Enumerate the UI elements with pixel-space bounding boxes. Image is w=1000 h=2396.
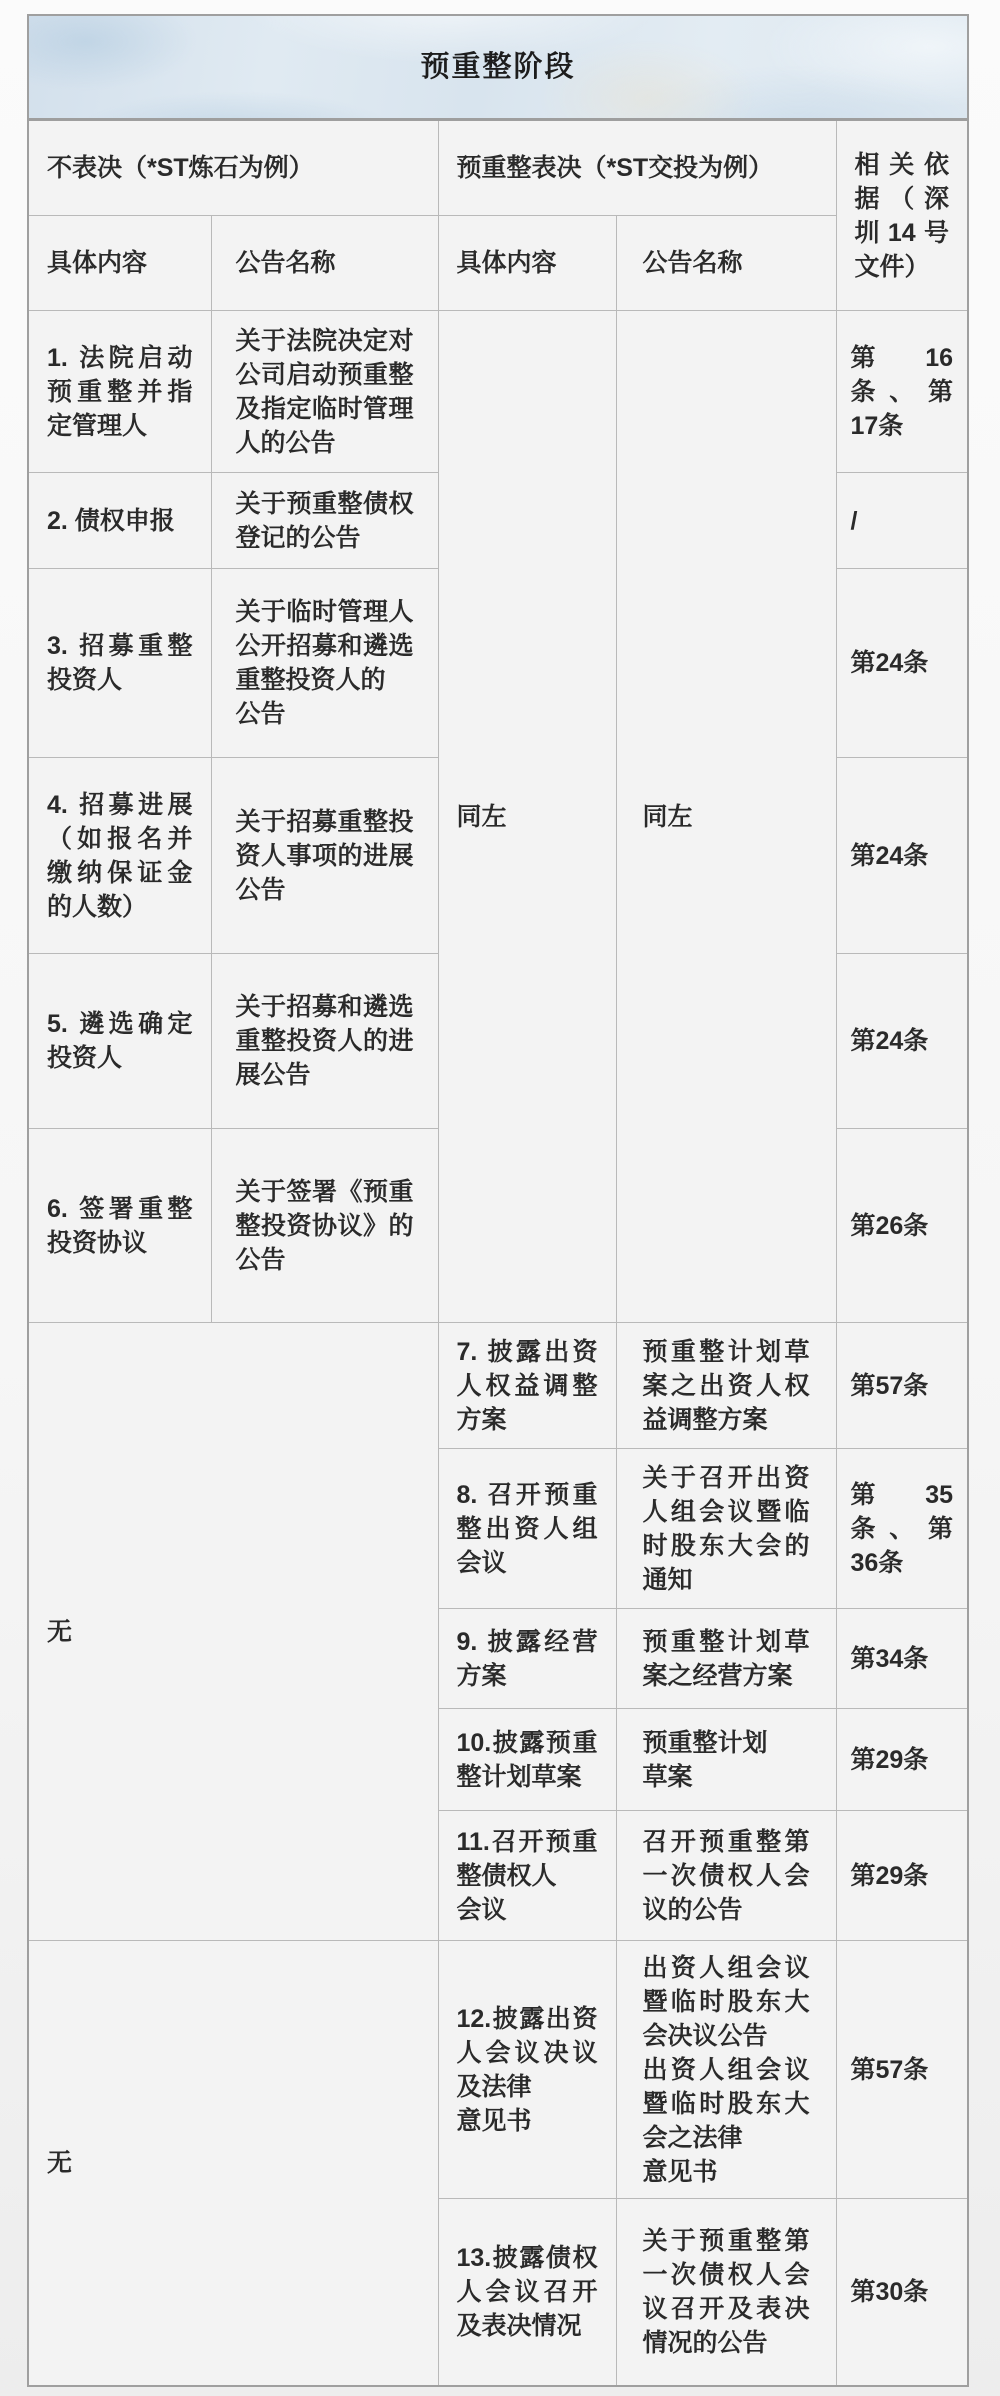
cell-same-as-left-announcement: 同左 <box>616 311 836 1323</box>
sub-header-row: 具体内容 公告名称 具体内容 公告名称 <box>28 216 968 311</box>
cell-basis-8: 第35条、第36条 <box>836 1449 968 1609</box>
title-band: 预重整阶段 <box>28 15 968 120</box>
cell-content-6: 6. 签署重整投资协议 <box>28 1129 211 1323</box>
cell-basis-4: 第24条 <box>836 758 968 954</box>
cell-announcement-6: 关于签署《预重整投资协议》的公告 <box>211 1129 438 1323</box>
cell-basis-10: 第29条 <box>836 1709 968 1811</box>
cell-basis-11: 第29条 <box>836 1811 968 1941</box>
cell-basis-12: 第57条 <box>836 1941 968 2199</box>
table-row: 无 12.披露出资人会议决议及法律 意见书 出资人组会议暨临时股东大会决议公告 … <box>28 1941 968 2199</box>
cell-content-8: 8. 召开预重整出资人组会议 <box>438 1449 616 1609</box>
cell-content-13: 13.披露债权人会议召开及表决情况 <box>438 2199 616 2386</box>
cell-basis-5: 第24条 <box>836 954 968 1129</box>
cell-content-9: 9. 披露经营方案 <box>438 1609 616 1709</box>
header-vote-group: 预重整表决（*ST交投为例） <box>438 120 836 216</box>
cell-basis-3: 第24条 <box>836 569 968 758</box>
cell-announcement-7: 预重整计划草案之出资人权益调整方案 <box>616 1323 836 1449</box>
cell-same-as-left-content: 同左 <box>438 311 616 1323</box>
cell-content-7: 7. 披露出资人权益调整方案 <box>438 1323 616 1449</box>
cell-basis-2: / <box>836 473 968 569</box>
cell-basis-1: 第16条、第17条 <box>836 311 968 473</box>
cell-announcement-1: 关于法院决定对公司启动预重整及指定临时管理人的公告 <box>211 311 438 473</box>
cell-announcement-11: 召开预重整第一次债权人会议的公告 <box>616 1811 836 1941</box>
cell-basis-9: 第34条 <box>836 1609 968 1709</box>
cell-announcement-2: 关于预重整债权登记的公告 <box>211 473 438 569</box>
header-no-vote-group: 不表决（*ST炼石为例） <box>28 120 438 216</box>
header-content-right: 具体内容 <box>438 216 616 311</box>
cell-announcement-10: 预重整计划 草案 <box>616 1709 836 1811</box>
pre-reorganization-phase-table: 预重整阶段 不表决（*ST炼石为例） 预重整表决（*ST交投为例） 相关依据（深… <box>27 14 969 2387</box>
header-basis: 相关依据（深圳14号文件） <box>836 120 968 311</box>
header-content-left: 具体内容 <box>28 216 211 311</box>
cell-basis-6: 第26条 <box>836 1129 968 1323</box>
cell-announcement-13: 关于预重整第一次债权人会议召开及表决情况的公告 <box>616 2199 836 2386</box>
table-row: 无 7. 披露出资人权益调整方案 预重整计划草案之出资人权益调整方案 第57条 <box>28 1323 968 1449</box>
cell-content-1: 1. 法院启动预重整并指定管理人 <box>28 311 211 473</box>
page-title: 预重整阶段 <box>421 50 576 84</box>
cell-none-rows-12-13: 无 <box>28 1941 438 2386</box>
cell-content-5: 5. 遴选确定投资人 <box>28 954 211 1129</box>
table-row: 1. 法院启动预重整并指定管理人 关于法院决定对公司启动预重整及指定临时管理人的… <box>28 311 968 473</box>
cell-content-12: 12.披露出资人会议决议及法律 意见书 <box>438 1941 616 2199</box>
cell-announcement-9: 预重整计划草案之经营方案 <box>616 1609 836 1709</box>
group-header-row: 不表决（*ST炼石为例） 预重整表决（*ST交投为例） 相关依据（深圳14号文件… <box>28 120 968 216</box>
cell-announcement-3: 关于临时管理人公开招募和遴选重整投资人的 公告 <box>211 569 438 758</box>
header-announcement-left: 公告名称 <box>211 216 438 311</box>
cell-content-11: 11.召开预重整债权人 会议 <box>438 1811 616 1941</box>
cell-announcement-5: 关于招募和遴选重整投资人的进展公告 <box>211 954 438 1129</box>
cell-announcement-4: 关于招募重整投资人事项的进展公告 <box>211 758 438 954</box>
title-row: 预重整阶段 <box>28 15 968 120</box>
cell-content-2: 2. 债权申报 <box>28 473 211 569</box>
cell-content-4: 4. 招募进展（如报名并缴纳保证金的人数） <box>28 758 211 954</box>
cell-basis-7: 第57条 <box>836 1323 968 1449</box>
header-announcement-right: 公告名称 <box>616 216 836 311</box>
cell-content-10: 10.披露预重整计划草案 <box>438 1709 616 1811</box>
cell-announcement-12: 出资人组会议暨临时股东大会决议公告 出资人组会议暨临时股东大会之法律 意见书 <box>616 1941 836 2199</box>
cell-basis-13: 第30条 <box>836 2199 968 2386</box>
cell-none-rows-7-11: 无 <box>28 1323 438 1941</box>
cell-content-3: 3. 招募重整投资人 <box>28 569 211 758</box>
cell-announcement-8: 关于召开出资人组会议暨临时股东大会的通知 <box>616 1449 836 1609</box>
